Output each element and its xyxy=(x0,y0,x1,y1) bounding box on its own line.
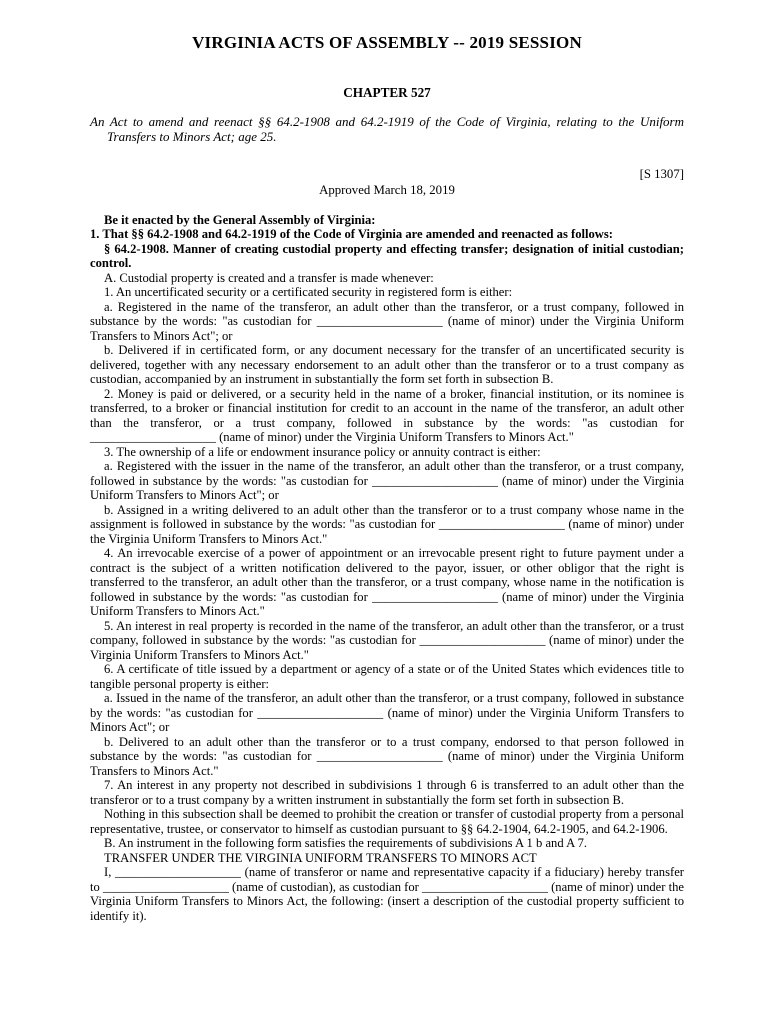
approval-date: Approved March 18, 2019 xyxy=(90,183,684,198)
paragraph-5: 5. An interest in real property is recor… xyxy=(90,619,684,663)
paragraph-a: A. Custodial property is created and a t… xyxy=(90,271,684,286)
paragraph-4: 4. An irrevocable exercise of a power of… xyxy=(90,546,684,619)
section-1-clause: 1. That §§ 64.2-1908 and 64.2-1919 of th… xyxy=(90,227,684,242)
paragraph-7: 7. An interest in any property not descr… xyxy=(90,778,684,807)
document-title: VIRGINIA ACTS OF ASSEMBLY -- 2019 SESSIO… xyxy=(90,33,684,53)
document-page: VIRGINIA ACTS OF ASSEMBLY -- 2019 SESSIO… xyxy=(0,0,770,1024)
enacting-clause: Be it enacted by the General Assembly of… xyxy=(90,213,684,228)
act-summary: An Act to amend and reenact §§ 64.2-1908… xyxy=(90,114,684,144)
act-body: Be it enacted by the General Assembly of… xyxy=(90,213,684,924)
paragraph-6a: a. Issued in the name of the transferor,… xyxy=(90,691,684,735)
bill-number: [S 1307] xyxy=(90,167,684,182)
paragraph-1b: b. Delivered if in certificated form, or… xyxy=(90,343,684,387)
paragraph-3a: a. Registered with the issuer in the nam… xyxy=(90,459,684,503)
paragraph-3: 3. The ownership of a life or endowment … xyxy=(90,445,684,460)
paragraph-2: 2. Money is paid or delivered, or a secu… xyxy=(90,387,684,445)
transfer-form-title: TRANSFER UNDER THE VIRGINIA UNIFORM TRAN… xyxy=(90,851,684,866)
paragraph-3b: b. Assigned in a writing delivered to an… xyxy=(90,503,684,547)
paragraph-6b: b. Delivered to an adult other than the … xyxy=(90,735,684,779)
paragraph-6: 6. A certificate of title issued by a de… xyxy=(90,662,684,691)
paragraph-b-instrument: B. An instrument in the following form s… xyxy=(90,836,684,851)
paragraph-nothing-clause: Nothing in this subsection shall be deem… xyxy=(90,807,684,836)
section-heading: § 64.2-1908. Manner of creating custodia… xyxy=(90,242,684,271)
transfer-form-text: I, ____________________ (name of transfe… xyxy=(90,865,684,923)
chapter-heading: CHAPTER 527 xyxy=(90,85,684,101)
paragraph-1: 1. An uncertificated security or a certi… xyxy=(90,285,684,300)
paragraph-1a: a. Registered in the name of the transfe… xyxy=(90,300,684,344)
